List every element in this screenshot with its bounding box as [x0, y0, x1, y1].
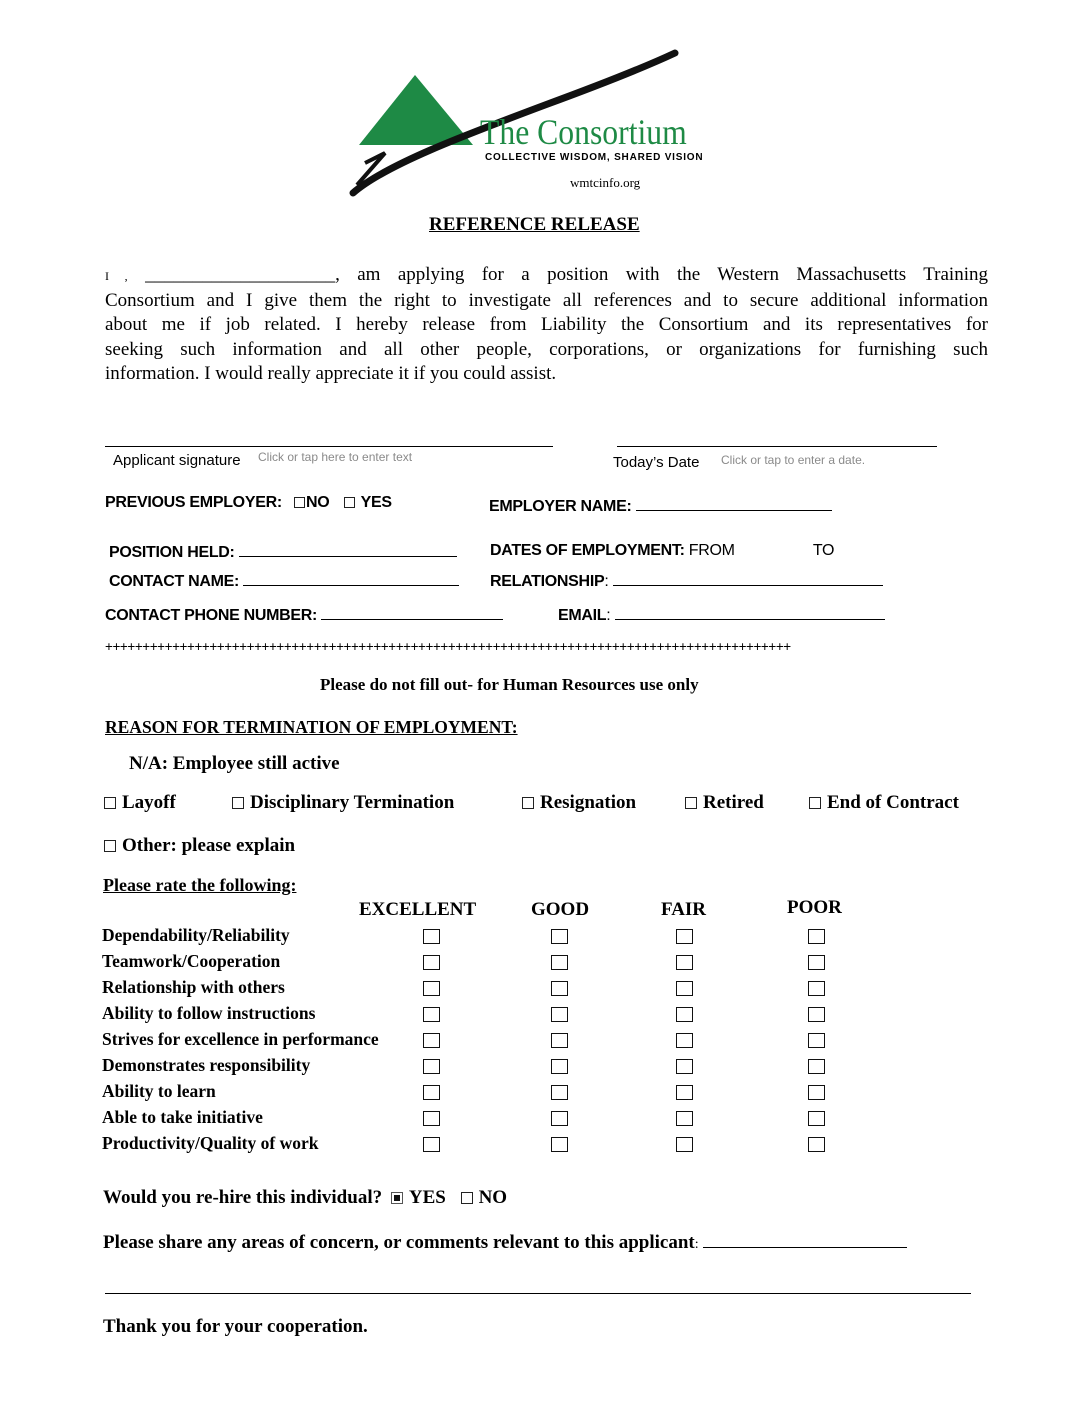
contact-name-input[interactable] [243, 571, 459, 586]
rating-checkbox-excellent[interactable] [423, 981, 440, 996]
checkbox-icon[interactable] [232, 797, 244, 809]
rating-checkbox-excellent[interactable] [423, 1059, 440, 1074]
applicant-name-blank[interactable]: ____________________ [145, 264, 335, 285]
rating-col-excellent: EXCELLENT [359, 899, 476, 921]
checkbox-icon[interactable] [809, 797, 821, 809]
rating-checkbox-poor[interactable] [808, 981, 825, 996]
checkbox-icon[interactable] [104, 840, 116, 852]
date-label: Today’s Date [613, 454, 699, 471]
date-line [617, 446, 937, 447]
date-input[interactable]: Click or tap to enter a date. [721, 453, 865, 467]
rating-checkbox-fair[interactable] [676, 1111, 693, 1126]
rating-checkbox-poor[interactable] [808, 1085, 825, 1100]
rating-checkbox-fair[interactable] [676, 929, 693, 944]
termination-option-other[interactable]: Other: please explain [104, 835, 295, 857]
checkbox-icon[interactable] [685, 797, 697, 809]
rating-checkbox-good[interactable] [551, 1085, 568, 1100]
logo-name: The Consortium [480, 111, 687, 153]
rating-col-fair: FAIR [661, 899, 706, 921]
rating-checkbox-good[interactable] [551, 1111, 568, 1126]
rating-col-poor: POOR [787, 897, 842, 919]
termination-option-disciplinary[interactable]: Disciplinary Termination [232, 792, 454, 814]
rehire-yes-checkbox[interactable] [391, 1192, 403, 1204]
rating-checkbox-excellent[interactable] [423, 1085, 440, 1100]
rating-checkbox-fair[interactable] [676, 1137, 693, 1152]
dates-from-input[interactable]: FROM [689, 542, 735, 559]
rating-row-label: Dependability/Reliability [102, 925, 290, 946]
relationship-input[interactable] [613, 571, 883, 586]
rating-checkbox-good[interactable] [551, 981, 568, 996]
termination-option-end-of-contract[interactable]: End of Contract [809, 792, 959, 814]
rating-checkbox-good[interactable] [551, 1059, 568, 1074]
termination-option-retired[interactable]: Retired [685, 792, 764, 814]
termination-heading: REASON FOR TERMINATION OF EMPLOYMENT: [105, 717, 518, 738]
rating-checkbox-poor[interactable] [808, 1059, 825, 1074]
rating-checkbox-poor[interactable] [808, 929, 825, 944]
rating-checkbox-poor[interactable] [808, 1033, 825, 1048]
comments-field: Please share any areas of concern, or co… [103, 1231, 907, 1254]
rating-col-good: GOOD [531, 899, 589, 921]
rating-row-label: Able to take initiative [102, 1107, 263, 1128]
rating-heading: Please rate the following: [103, 875, 296, 896]
rating-checkbox-good[interactable] [551, 1033, 568, 1048]
rating-checkbox-poor[interactable] [808, 1137, 825, 1152]
employer-name-field: EMPLOYER NAME: [489, 496, 832, 516]
signature-label: Applicant signature [113, 452, 241, 469]
rating-checkbox-fair[interactable] [676, 1059, 693, 1074]
rating-row-label: Productivity/Quality of work [102, 1133, 318, 1154]
rating-checkbox-excellent[interactable] [423, 1007, 440, 1022]
rating-checkbox-fair[interactable] [676, 955, 693, 970]
rating-row-label: Ability to follow instructions [102, 1003, 315, 1024]
rating-row-label: Demonstrates responsibility [102, 1055, 310, 1076]
rating-checkbox-good[interactable] [551, 955, 568, 970]
rehire-question: Would you re-hire this individual? YES N… [103, 1187, 507, 1209]
rating-checkbox-excellent[interactable] [423, 929, 440, 944]
rating-row-label: Teamwork/Cooperation [102, 951, 280, 972]
termination-na: N/A: Employee still active [129, 753, 340, 775]
checkbox-icon[interactable] [104, 797, 116, 809]
position-held-field: POSITION HELD: [109, 542, 457, 562]
rating-row-label: Ability to learn [102, 1081, 216, 1102]
previous-employer-no-checkbox[interactable] [294, 497, 305, 508]
rating-checkbox-fair[interactable] [676, 1085, 693, 1100]
rating-checkbox-good[interactable] [551, 1007, 568, 1022]
logo-tagline: COLLECTIVE WISDOM, SHARED VISION [485, 152, 703, 163]
termination-option-resignation[interactable]: Resignation [522, 792, 636, 814]
separator: ++++++++++++++++++++++++++++++++++++++++… [105, 639, 791, 654]
email-field: EMAIL: [558, 605, 885, 625]
contact-phone-field: CONTACT PHONE NUMBER: [105, 605, 503, 625]
rating-checkbox-excellent[interactable] [423, 1033, 440, 1048]
rating-checkbox-poor[interactable] [808, 955, 825, 970]
rating-checkbox-excellent[interactable] [423, 1137, 440, 1152]
rating-checkbox-poor[interactable] [808, 1007, 825, 1022]
dates-to-input[interactable]: TO [813, 542, 834, 559]
intro-prefix: I , [105, 269, 128, 283]
rating-row-label: Relationship with others [102, 977, 285, 998]
employer-name-input[interactable] [636, 496, 832, 511]
comments-input-line-2[interactable] [105, 1293, 971, 1294]
contact-phone-input[interactable] [321, 605, 503, 620]
rating-checkbox-excellent[interactable] [423, 1111, 440, 1126]
rating-row-label: Strives for excellence in performance [102, 1029, 379, 1050]
previous-employer-yes-checkbox[interactable] [344, 497, 355, 508]
email-input[interactable] [615, 605, 885, 620]
rating-checkbox-excellent[interactable] [423, 955, 440, 970]
closing-text: Thank you for your cooperation. [103, 1316, 368, 1338]
checkbox-icon[interactable] [522, 797, 534, 809]
rating-checkbox-fair[interactable] [676, 981, 693, 996]
rehire-no-checkbox[interactable] [461, 1192, 473, 1204]
rating-checkbox-fair[interactable] [676, 1007, 693, 1022]
contact-name-field: CONTACT NAME: [109, 571, 459, 591]
logo-website: wmtcinfo.org [570, 175, 640, 191]
rating-checkbox-fair[interactable] [676, 1033, 693, 1048]
hr-note: Please do not fill out- for Human Resour… [320, 675, 699, 695]
signature-line [105, 446, 553, 447]
rating-checkbox-poor[interactable] [808, 1111, 825, 1126]
logo: The Consortium COLLECTIVE WISDOM, SHARED… [345, 45, 755, 200]
rating-checkbox-good[interactable] [551, 929, 568, 944]
termination-option-layoff[interactable]: Layoff [104, 792, 176, 814]
rating-checkbox-good[interactable] [551, 1137, 568, 1152]
comments-input[interactable] [703, 1231, 907, 1248]
signature-input[interactable]: Click or tap here to enter text [258, 450, 412, 464]
position-held-input[interactable] [239, 542, 457, 557]
intro-paragraph: I , ____________________, am applying fo… [105, 263, 988, 387]
relationship-field: RELATIONSHIP: [490, 571, 883, 591]
page-title: REFERENCE RELEASE [429, 214, 640, 236]
previous-employer-field: PREVIOUS EMPLOYER: NO YES [105, 494, 392, 512]
dates-of-employment-field: DATES OF EMPLOYMENT: FROM TO [490, 542, 834, 560]
